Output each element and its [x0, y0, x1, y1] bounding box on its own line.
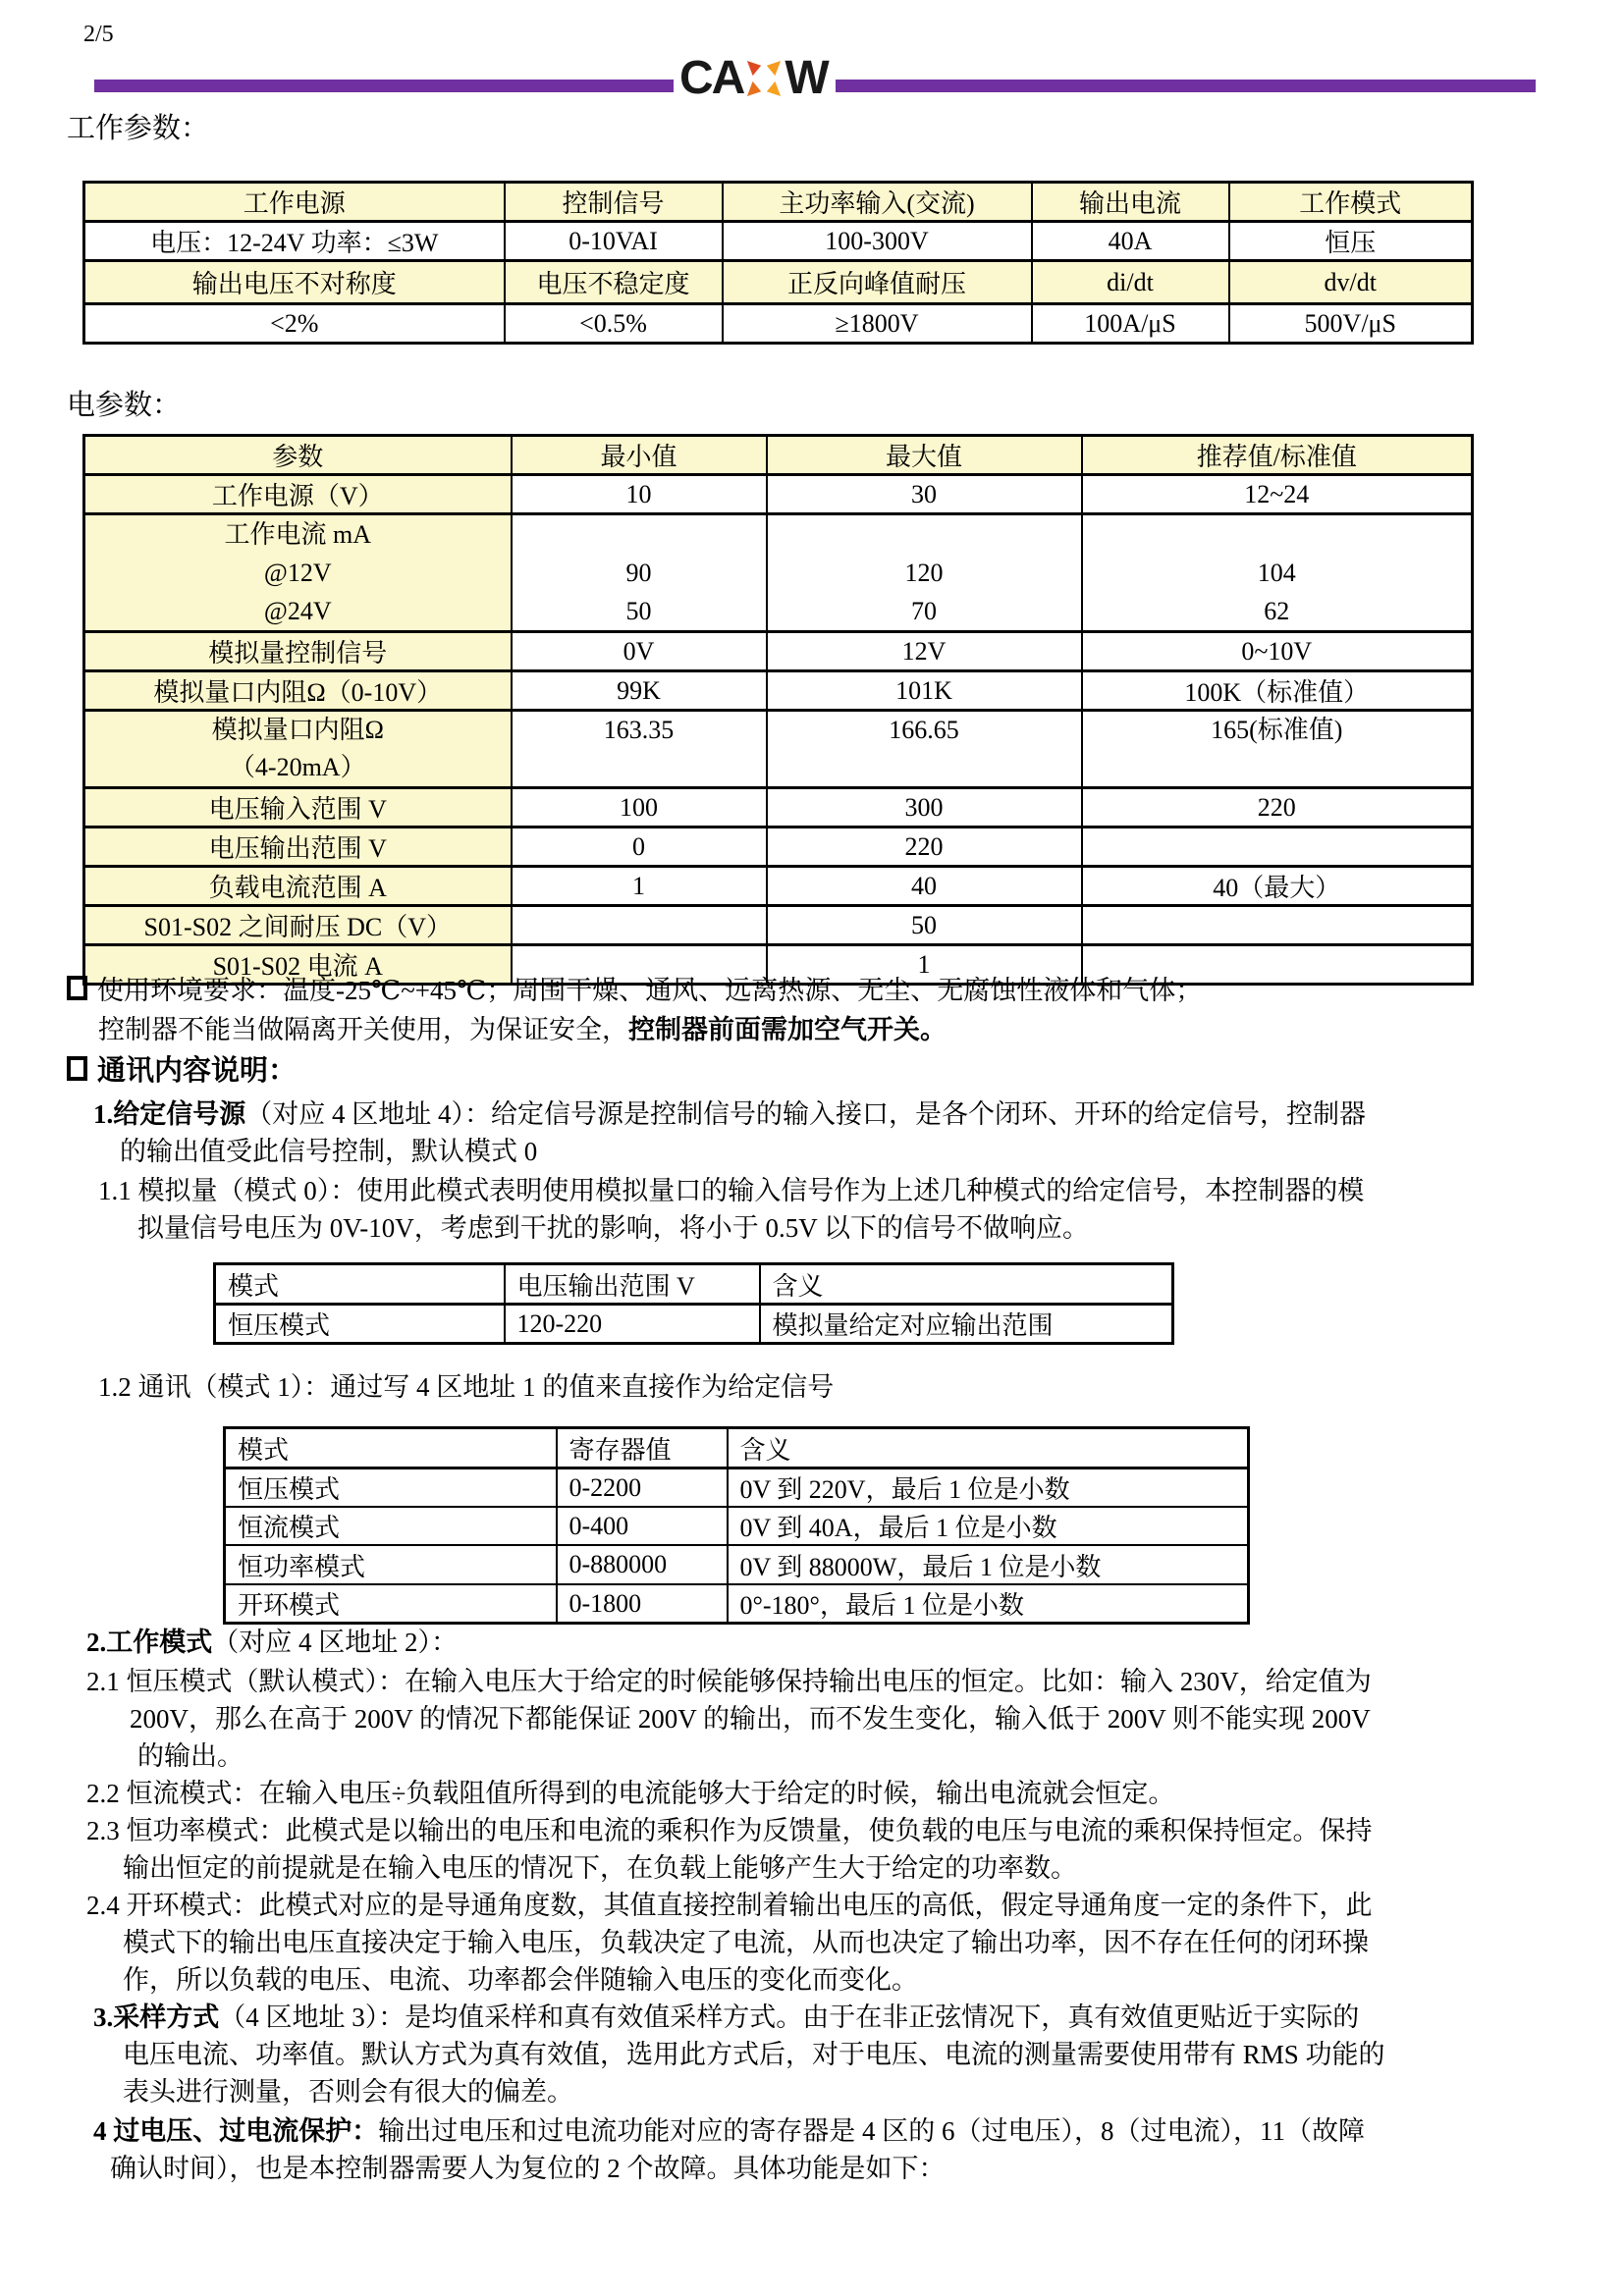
- item1-line2: 的输出值受此信号控制，默认模式 0: [120, 1135, 537, 1168]
- data-cell: 300: [767, 788, 1082, 828]
- data-cell: 40: [767, 867, 1082, 906]
- data-cell: 0V 到 40A，最后 1 位是小数: [728, 1507, 1249, 1545]
- data-cell: 100K（标准值）: [1082, 671, 1473, 711]
- param-cell: 工作电源（V）: [84, 475, 512, 514]
- data-cell: 90 50: [512, 514, 767, 632]
- item1-line1: 1.给定信号源（对应 4 区地址 4）：给定信号源是控制信号的输入接口，是各个闭…: [93, 1097, 1366, 1131]
- data-cell: 1: [512, 867, 767, 906]
- data-cell: 104 62: [1082, 514, 1473, 632]
- data-cell: [512, 906, 767, 945]
- env-requirements-line: 使用环境要求：温度-25℃~+45℃；周围干燥、通风、远离热源、无尘、无腐蚀性液…: [67, 974, 1202, 1007]
- page-number: 2/5: [83, 18, 114, 51]
- data-cell: 0-2200: [557, 1468, 728, 1508]
- data-cell: 100: [512, 788, 767, 828]
- data-cell: <0.5%: [505, 304, 723, 344]
- data-cell: <2%: [84, 304, 505, 344]
- data-cell: 恒功率模式: [225, 1545, 557, 1584]
- data-cell: 40A: [1032, 222, 1229, 261]
- header-cell: 输出电压不对称度: [84, 261, 505, 304]
- data-cell: 电压：12-24V 功率：≤3W: [84, 222, 505, 261]
- item4-line2: 确认时间），也是本控制器需要人为复位的 2 个故障。具体功能是如下：: [110, 2152, 946, 2185]
- param-cell: 电压输出范围 V: [84, 828, 512, 867]
- header-cell: 含义: [760, 1264, 1173, 1305]
- divider-line-right: [836, 80, 1536, 92]
- item3-line1: 3.采样方式（4 区地址 3）：是均值采样和真有效值采样方式。由于在非正弦情况下…: [93, 2001, 1359, 2034]
- data-cell: 40（最大）: [1082, 867, 1473, 906]
- data-cell: 0°-180°，最后 1 位是小数: [728, 1584, 1249, 1624]
- item2-line1: 2.工作模式（对应 4 区地址 2）：: [86, 1626, 458, 1659]
- item2-3-line1: 2.3 恒功率模式：此模式是以输出的电压和电流的乘积作为反馈量，使负载的电压与电…: [86, 1814, 1373, 1847]
- header-cell: 模式: [215, 1264, 505, 1305]
- register-mode-table: 模式 寄存器值 含义 恒压模式 0-2200 0V 到 220V，最后 1 位是…: [223, 1426, 1250, 1625]
- param-cell: 模拟量口内阻Ω （4-20mA）: [84, 711, 512, 788]
- logo-x-icon: [745, 59, 783, 98]
- data-cell: 12~24: [1082, 475, 1473, 514]
- header-cell: di/dt: [1032, 261, 1229, 304]
- item1-2-line1: 1.2 通讯（模式 1）：通过写 4 区地址 1 的值来直接作为给定信号: [98, 1370, 834, 1404]
- item4-line1: 4 过电压、过电流保护：输出过电压和过电流功能对应的寄存器是 4 区的 6（过电…: [93, 2114, 1365, 2148]
- data-cell: 120-220: [505, 1305, 760, 1344]
- header-cell: 寄存器值: [557, 1428, 728, 1468]
- data-cell: ≥1800V: [723, 304, 1032, 344]
- comm-section-title: 通讯内容说明：: [67, 1054, 297, 1088]
- data-cell: 500V/μS: [1229, 304, 1473, 344]
- item1-1-line2: 拟量信号电压为 0V-10V，考虑到干扰的影响，将小于 0.5V 以下的信号不做…: [137, 1211, 1089, 1245]
- data-cell: 模拟量给定对应输出范围: [760, 1305, 1173, 1344]
- param-cell: 模拟量口内阻Ω（0-10V）: [84, 671, 512, 711]
- item1-1-line1: 1.1 模拟量（模式 0）：使用此模式表明使用模拟量口的输入信号作为上述几种模式…: [98, 1174, 1364, 1207]
- header-cell: 推荐值/标准值: [1082, 436, 1473, 475]
- env-requirements-line2: 控制器不能当做隔离开关使用，为保证安全，控制器前面需加空气开关。: [98, 1013, 947, 1046]
- data-cell: 220: [1082, 788, 1473, 828]
- data-cell: 166.65: [767, 711, 1082, 788]
- section-heading-elec-params: 电参数：: [67, 389, 181, 422]
- header-cell: dv/dt: [1229, 261, 1473, 304]
- data-cell: 恒压模式: [215, 1305, 505, 1344]
- header-cell: 正反向峰值耐压: [723, 261, 1032, 304]
- header-cell: 控制信号: [505, 183, 723, 222]
- header-cell: 主功率输入(交流): [723, 183, 1032, 222]
- item2-2-line1: 2.2 恒流模式：在输入电压÷负载阻值所得到的电流能够大于给定的时候，输出电流就…: [86, 1777, 1174, 1810]
- item2-1-line1: 2.1 恒压模式（默认模式）：在输入电压大于给定的时候能够保持输出电压的恒定。比…: [86, 1665, 1372, 1698]
- header-cell: 电压输出范围 V: [505, 1264, 760, 1305]
- item2-4-line3: 作，所以负载的电压、电流、功率都会伴随输入电压的变化而变化。: [123, 1963, 918, 1997]
- param-cell: S01-S02 之间耐压 DC（V）: [84, 906, 512, 945]
- data-cell: 0~10V: [1082, 632, 1473, 671]
- data-cell: 0V 到 88000W，最后 1 位是小数: [728, 1545, 1249, 1584]
- header-cell: 输出电流: [1032, 183, 1229, 222]
- electrical-params-table: 参数 最小值 最大值 推荐值/标准值 工作电源（V） 10 30 12~24 工…: [82, 434, 1474, 986]
- data-cell: 50: [767, 906, 1082, 945]
- item2-1-line3: 的输出。: [137, 1739, 244, 1773]
- data-cell: 99K: [512, 671, 767, 711]
- document-page: 2/5 CA W 工作参数： 工作电源 控制信号 主功率输入(交流) 输出电流 …: [0, 0, 1624, 2296]
- param-cell: 电压输入范围 V: [84, 788, 512, 828]
- item2-3-line2: 输出恒定的前提就是在输入电压的情况下，在负载上能够产生大于给定的功率数。: [123, 1851, 1077, 1885]
- data-cell: 0-880000: [557, 1545, 728, 1584]
- data-cell: 101K: [767, 671, 1082, 711]
- header-cell: 最大值: [767, 436, 1082, 475]
- data-cell: 163.35: [512, 711, 767, 788]
- data-cell: [1082, 906, 1473, 945]
- data-cell: 恒压: [1229, 222, 1473, 261]
- data-cell: 0V: [512, 632, 767, 671]
- data-cell: 120 70: [767, 514, 1082, 632]
- square-bullet-icon: [67, 1056, 87, 1081]
- data-cell: 0-10VAI: [505, 222, 723, 261]
- data-cell: 100A/μS: [1032, 304, 1229, 344]
- data-cell: 恒压模式: [225, 1468, 557, 1508]
- data-cell: 0: [512, 828, 767, 867]
- data-cell: 恒流模式: [225, 1507, 557, 1545]
- header-cell: 工作模式: [1229, 183, 1473, 222]
- data-cell: 10: [512, 475, 767, 514]
- data-cell: 0-400: [557, 1507, 728, 1545]
- logo-text-w: W: [785, 51, 827, 105]
- data-cell: [1082, 828, 1473, 867]
- param-cell: 模拟量控制信号: [84, 632, 512, 671]
- data-cell: 30: [767, 475, 1082, 514]
- header-cell: 工作电源: [84, 183, 505, 222]
- data-cell: 0V 到 220V，最后 1 位是小数: [728, 1468, 1249, 1508]
- item2-4-line1: 2.4 开环模式：此模式对应的是导通角度数，其值直接控制着输出电压的高低，假定导…: [86, 1889, 1373, 1922]
- item2-1-line2: 200V，那么在高于 200V 的情况下都能保证 200V 的输出，而不发生变化…: [130, 1702, 1371, 1735]
- header-cell: 参数: [84, 436, 512, 475]
- data-cell: 165(标准值): [1082, 711, 1473, 788]
- item3-line2: 电压电流、功率值。默认方式为真有效值，选用此方式后，对于电压、电流的测量需要使用…: [123, 2038, 1385, 2071]
- param-cell: 负载电流范围 A: [84, 867, 512, 906]
- header-cell: 最小值: [512, 436, 767, 475]
- header-cell: 模式: [225, 1428, 557, 1468]
- analog-mode-table: 模式 电压输出范围 V 含义 恒压模式 120-220 模拟量给定对应输出范围: [213, 1262, 1174, 1345]
- data-cell: 220: [767, 828, 1082, 867]
- item2-4-line2: 模式下的输出电压直接决定于输入电压，负载决定了电流，从而也决定了输出功率，因不存…: [123, 1926, 1369, 1959]
- square-bullet-icon: [67, 976, 87, 1000]
- data-cell: 开环模式: [225, 1584, 557, 1624]
- logo-text-ca: CA: [679, 51, 743, 105]
- header-cell: 电压不稳定度: [505, 261, 723, 304]
- work-params-table: 工作电源 控制信号 主功率输入(交流) 输出电流 工作模式 电压：12-24V …: [82, 181, 1474, 345]
- divider-line-left: [94, 80, 674, 92]
- section-heading-work-params: 工作参数：: [67, 112, 209, 145]
- item3-line3: 表头进行测量，否则会有很大的偏差。: [123, 2075, 573, 2109]
- param-cell: 工作电流 mA @12V @24V: [84, 514, 512, 632]
- data-cell: 0-1800: [557, 1584, 728, 1624]
- header-cell: 含义: [728, 1428, 1249, 1468]
- data-cell: 12V: [767, 632, 1082, 671]
- data-cell: 100-300V: [723, 222, 1032, 261]
- brand-logo: CA W: [679, 51, 828, 105]
